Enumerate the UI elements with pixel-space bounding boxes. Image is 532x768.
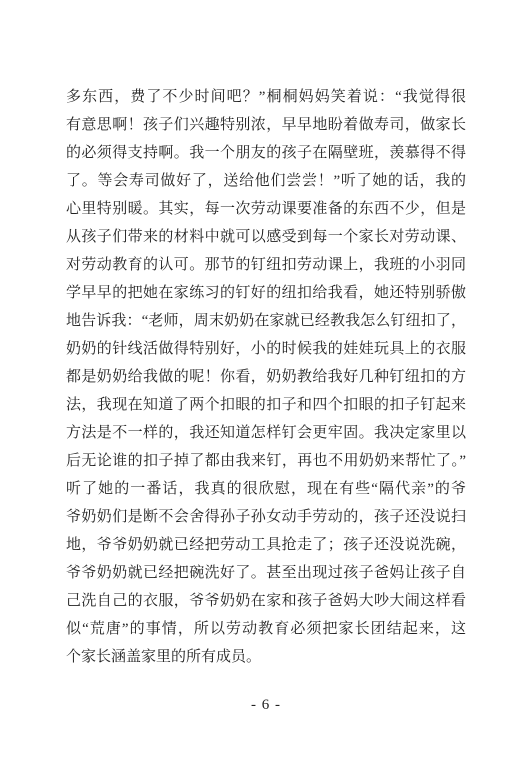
body-text: 多东西，费了不少时间吧？”桐桐妈妈笑着说：“我觉得很 有意思啊！孩子们兴趣特别浓…: [66, 83, 466, 671]
text-line: 听了她的一番话，我真的很欣慰，现在有些“隔代亲”的爷: [66, 475, 466, 503]
text-line: 似“荒唐”的事情，所以劳动教育必须把家长团结起来，这: [66, 615, 466, 643]
text-line: 多东西，费了不少时间吧？”桐桐妈妈笑着说：“我觉得很: [66, 83, 466, 111]
text-line: 学早早的把她在家练习的钉好的纽扣给我看，她还特别骄傲: [66, 279, 466, 307]
text-line: 从孩子们带来的材料中就可以感受到每一个家长对劳动课、: [66, 223, 466, 251]
text-line: 心里特别暖。其实，每一次劳动课要准备的东西不少，但是: [66, 195, 466, 223]
text-line: 有意思啊！孩子们兴趣特别浓，早早地盼着做寿司，做家长: [66, 111, 466, 139]
text-line: 对劳动教育的认可。那节的钉纽扣劳动课上，我班的小羽同: [66, 251, 466, 279]
page-number: - 6 -: [0, 697, 532, 714]
text-line: 爷奶奶们是断不会舍得孙子孙女动手劳动的，孩子还没说扫: [66, 503, 466, 531]
text-line: 爷爷奶奶就已经把碗洗好了。甚至出现过孩子爸妈让孩子自: [66, 559, 466, 587]
text-line: 后无论谁的扣子掉了都由我来钉，再也不用奶奶来帮忙了。”: [66, 447, 466, 475]
text-line: 的必须得支持啊。我一个朋友的孩子在隔壁班，羡慕得不得: [66, 139, 466, 167]
text-line: 己洗自己的衣服，爷爷奶奶在家和孩子爸妈大吵大闹这样看: [66, 587, 466, 615]
text-line: 都是奶奶给我做的呢！你看，奶奶教给我好几种钉纽扣的方: [66, 363, 466, 391]
text-line: 个家长涵盖家里的所有成员。: [66, 643, 466, 671]
document-page: 多东西，费了不少时间吧？”桐桐妈妈笑着说：“我觉得很 有意思啊！孩子们兴趣特别浓…: [0, 0, 532, 768]
text-line: 地告诉我：“老师，周末奶奶在家就已经教我怎么钉纽扣了，: [66, 307, 466, 335]
text-line: 奶奶的针线活做得特别好，小的时候我的娃娃玩具上的衣服: [66, 335, 466, 363]
text-line: 法，我现在知道了两个扣眼的扣子和四个扣眼的扣子钉起来: [66, 391, 466, 419]
text-line: 地，爷爷奶奶就已经把劳动工具抢走了；孩子还没说洗碗，: [66, 531, 466, 559]
text-line: 方法是不一样的，我还知道怎样钉会更牢固。我决定家里以: [66, 419, 466, 447]
text-line: 了。等会寿司做好了，送给他们尝尝！”听了她的话，我的: [66, 167, 466, 195]
